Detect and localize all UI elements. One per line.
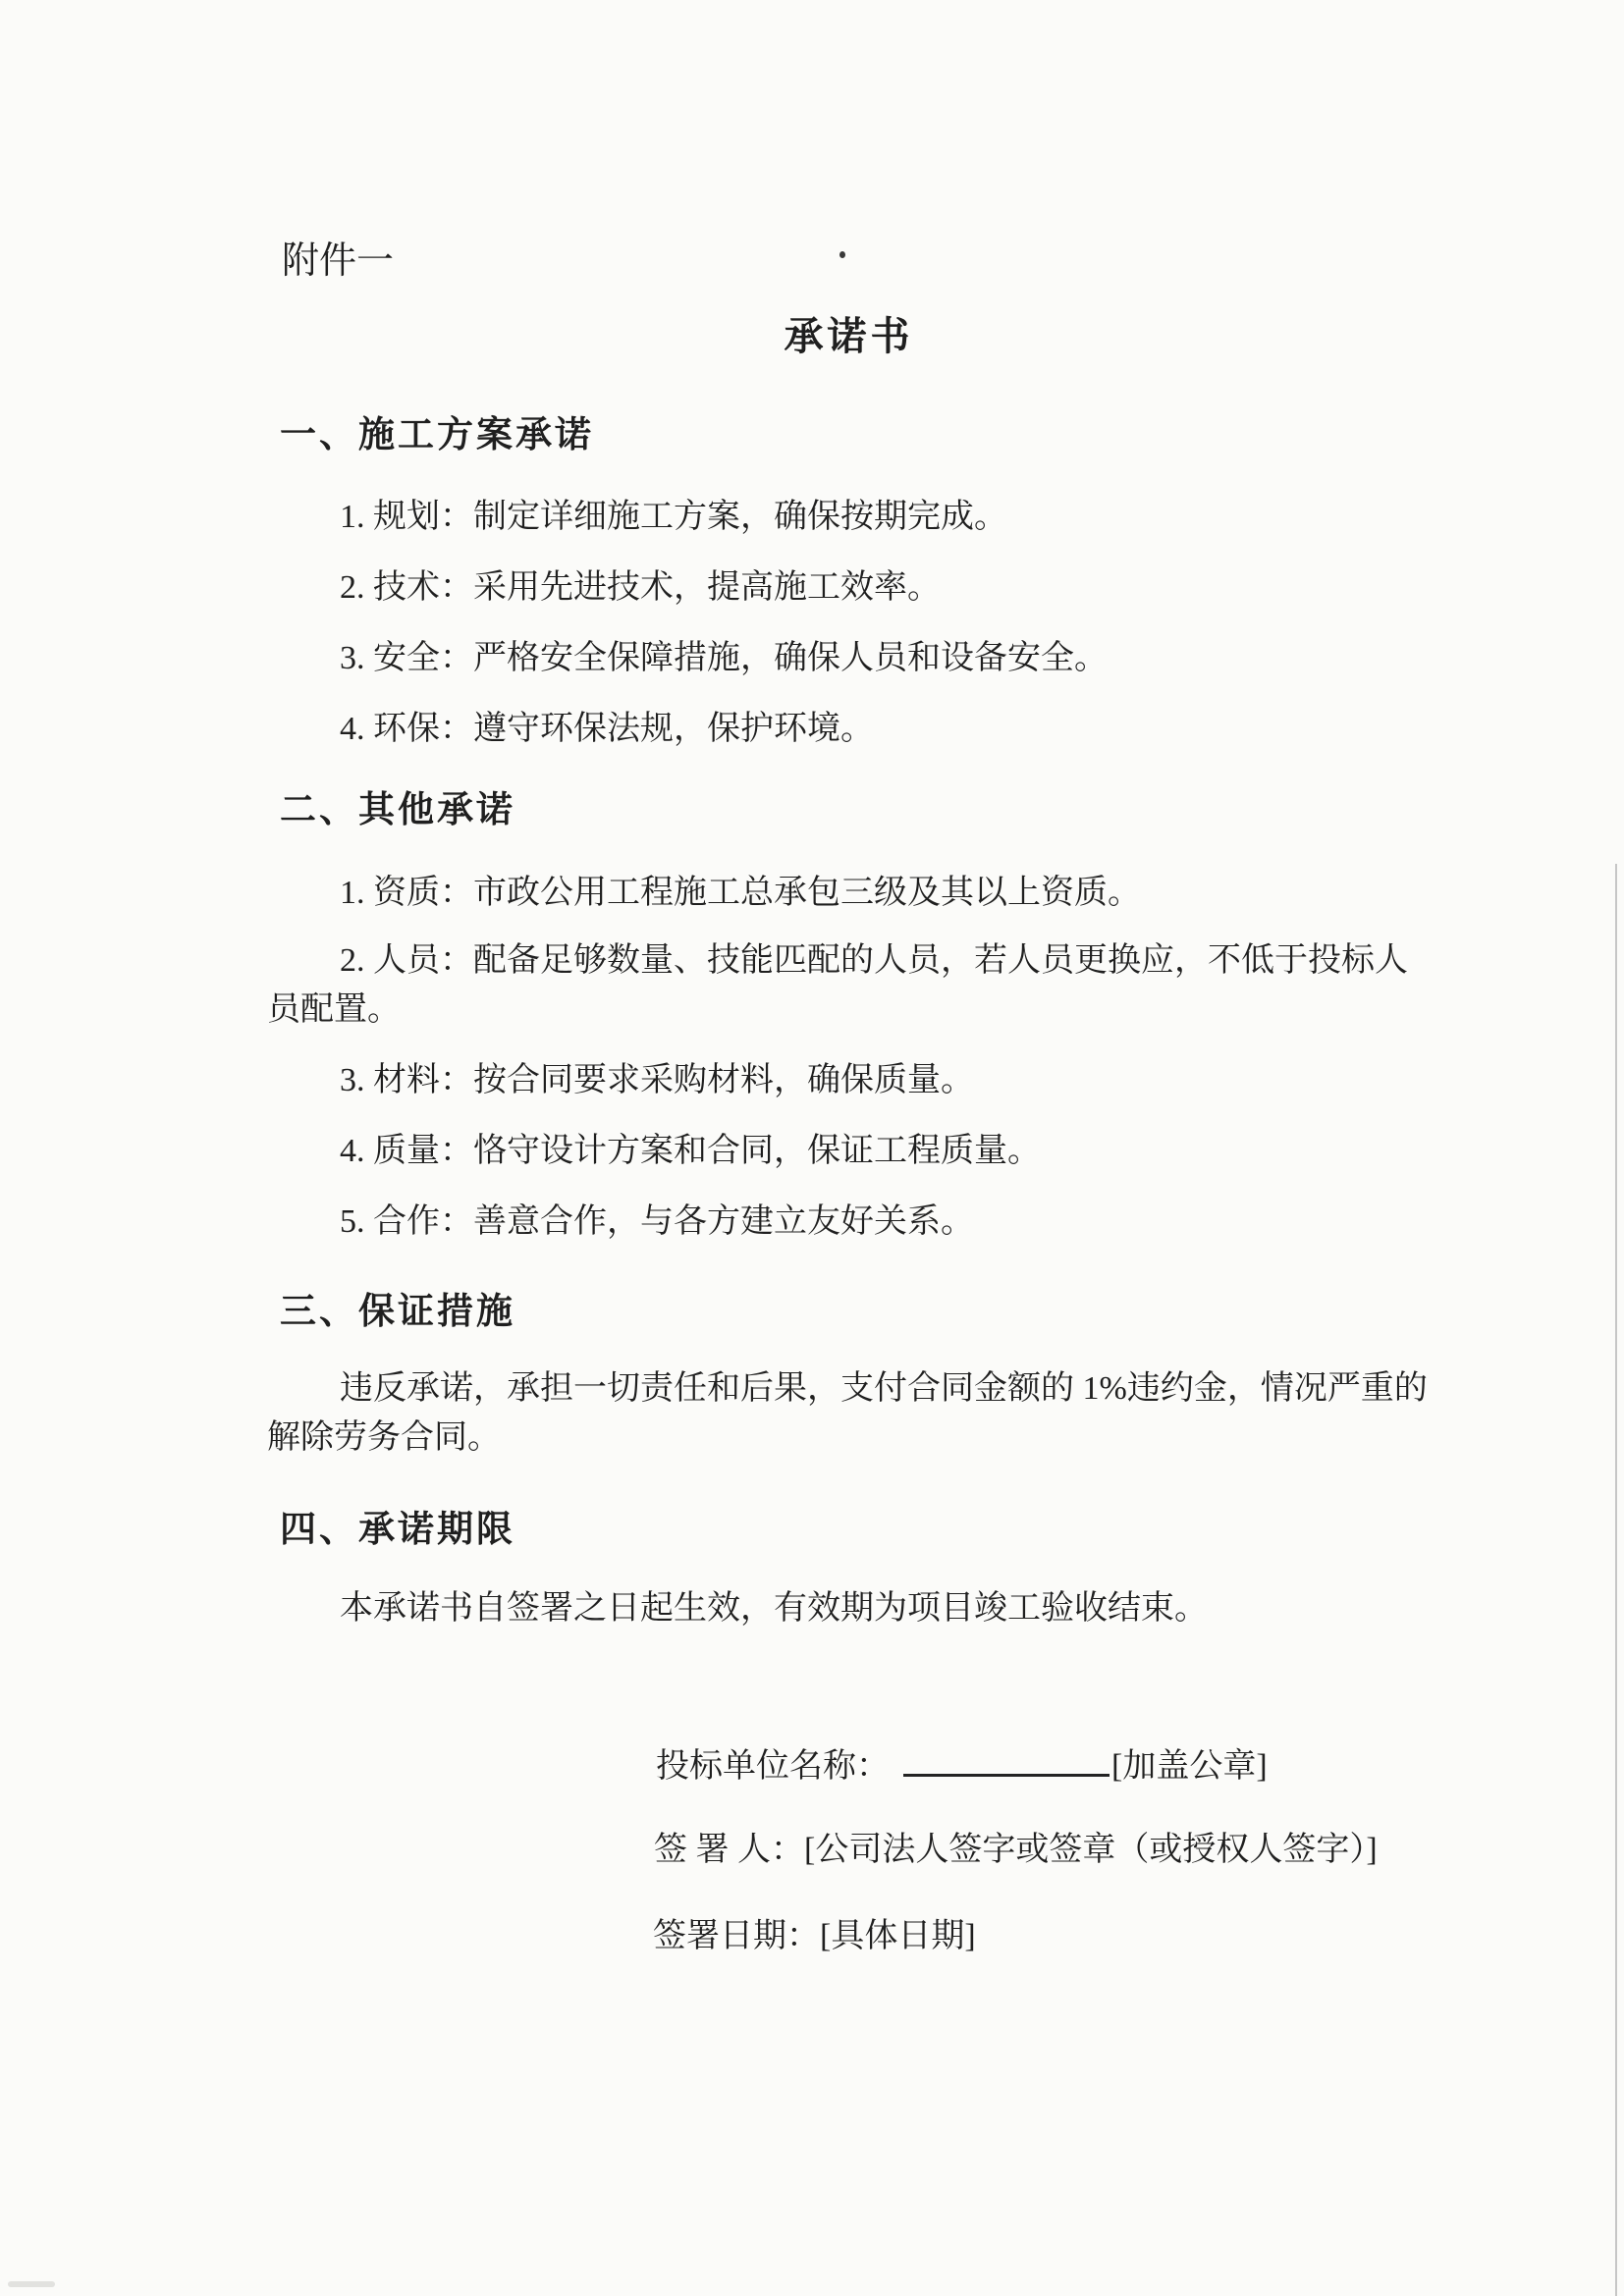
list-item: 1. 资质：市政公用工程施工总承包三级及其以上资质。: [340, 871, 1141, 916]
list-item-continuation: 员配置。: [267, 988, 401, 1033]
signature-unit-label: 投标单位名称：: [656, 1748, 890, 1785]
list-item: 1. 规划：制定详细施工方案，确保按期完成。: [340, 495, 1007, 540]
paragraph-line: 解除劳务合同。: [267, 1415, 501, 1461]
signature-blank-line: [903, 1742, 1110, 1777]
list-item: 3. 材料：按合同要求采购材料，确保质量。: [340, 1058, 974, 1103]
signature-date-line: 签署日期：[具体日期]: [653, 1914, 976, 1959]
document-title: 承诺书: [268, 314, 1430, 359]
list-item: 4. 质量：恪守设计方案和合同，保证工程质量。: [340, 1129, 1041, 1174]
list-item: 3. 安全：严格安全保障措施，确保人员和设备安全。: [340, 636, 1108, 681]
list-item: 4. 环保：遵守环保法规，保护环境。: [340, 707, 874, 752]
scan-dot-artifact: [839, 251, 845, 258]
section-heading-2: 二、其他承诺: [280, 788, 515, 833]
list-item: 2. 技术：采用先进技术，提高施工效率。: [340, 565, 941, 611]
scan-edge-line-artifact: [1615, 864, 1617, 2296]
signature-unit-line: 投标单位名称：[加盖公章]: [656, 1742, 1268, 1789]
attachment-label: 附件一: [282, 239, 394, 284]
section-heading-4: 四、承诺期限: [280, 1508, 515, 1553]
section-heading-1: 一、施工方案承诺: [280, 413, 594, 458]
signature-unit-suffix: [加盖公章]: [1111, 1748, 1268, 1785]
scan-smudge-artifact: [8, 2281, 55, 2287]
paragraph-line: 本承诺书自签署之日起生效，有效期为项目竣工验收结束。: [340, 1586, 1208, 1631]
paragraph-line: 违反承诺，承担一切责任和后果，支付合同金额的 1%违约金，情况严重的: [340, 1366, 1428, 1412]
list-item: 2. 人员：配备足够数量、技能匹配的人员，若人员更换应，不低于投标人: [340, 938, 1408, 984]
section-heading-3: 三、保证措施: [280, 1290, 515, 1335]
list-item: 5. 合作：善意合作，与各方建立友好关系。: [340, 1200, 974, 1245]
scanned-document-page: 附件一 承诺书 一、施工方案承诺 1. 规划：制定详细施工方案，确保按期完成。 …: [0, 0, 1624, 2296]
signature-signer-line: 签 署 人：[公司法人签字或签章（或授权人签字）]: [654, 1828, 1378, 1873]
